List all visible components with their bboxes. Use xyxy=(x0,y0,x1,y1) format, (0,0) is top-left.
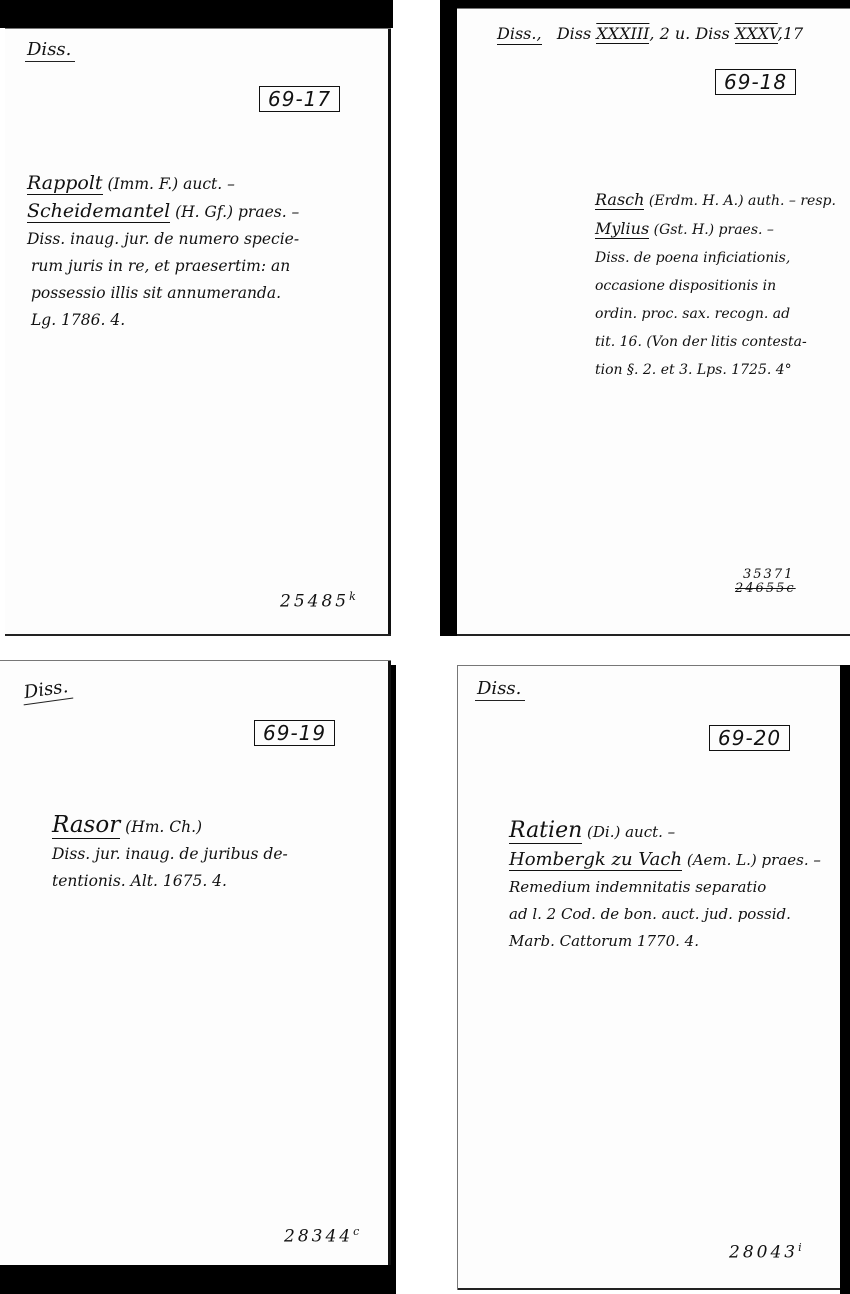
card-edge xyxy=(457,665,458,1290)
accession-number: 25485k xyxy=(280,590,356,612)
praeses-line: Mylius (Gst. H.) praes. – xyxy=(595,215,836,244)
title-line: Diss. inaug. jur. de numero specie- xyxy=(27,226,299,253)
scan-border-bottom-left xyxy=(0,1265,390,1294)
author-details: (Di.) auct. – xyxy=(587,823,675,841)
title-line: occasione dispositionis in xyxy=(595,272,836,300)
accession-digits: 28344 xyxy=(284,1227,353,1247)
title-line: ordin. proc. sax. recogn. ad xyxy=(595,300,836,328)
catalog-card-69-17: Diss. 69-17 Rappolt (Imm. F.) auct. – Sc… xyxy=(5,28,391,636)
catalog-card-69-19: Diss. 69-19 Rasor (Hm. Ch.) Diss. jur. i… xyxy=(0,660,391,1265)
author-details: (Imm. F.) auct. – xyxy=(107,175,234,193)
title-line: Diss. de poena inficiationis, xyxy=(595,244,836,272)
card-edge xyxy=(457,1288,840,1290)
catalog-entry: Rappolt (Imm. F.) auct. – Scheidemantel … xyxy=(27,170,299,334)
title-line: Diss. jur. inaug. de juribus de- xyxy=(52,841,288,868)
author-line: Rasch (Erdm. H. A.) auth. – resp. xyxy=(595,186,836,215)
accession-number: 28043i xyxy=(729,1241,802,1263)
scan-border-right-strip-bottom xyxy=(840,665,850,1294)
card-edge xyxy=(457,665,840,666)
card-edge xyxy=(5,634,391,636)
card-edge xyxy=(5,28,391,29)
accession-digits: 28043 xyxy=(729,1243,798,1263)
praeses-name: Mylius xyxy=(595,219,649,239)
praeses-line: Scheidemantel (H. Gf.) praes. – xyxy=(27,198,299,226)
catalog-entry: Rasch (Erdm. H. A.) auth. – resp. Mylius… xyxy=(595,186,836,384)
call-number-box: 69-17 xyxy=(259,86,340,112)
author-name: Rappolt xyxy=(27,172,103,195)
imprint-line: tentionis. Alt. 1675. 4. xyxy=(52,868,288,895)
praeses-details: (H. Gf.) praes. – xyxy=(175,203,299,221)
catalog-entry: Ratien (Di.) auct. – Hombergk zu Vach (A… xyxy=(509,817,821,955)
praeses-name: Hombergk zu Vach xyxy=(509,849,682,871)
author-name: Rasor xyxy=(52,812,120,839)
scan-border-left-strip-top xyxy=(440,0,457,636)
accession-number: 35371 xyxy=(735,568,796,582)
title-line: possessio illis sit annumeranda. xyxy=(27,280,299,307)
scan-border-top-left xyxy=(0,0,393,28)
ref1-suffix: , 2 u. xyxy=(649,24,690,43)
call-number-box: 69-19 xyxy=(254,720,335,746)
praeses-line: Hombergk zu Vach (Aem. L.) praes. – xyxy=(509,846,821,874)
category-label: Diss. xyxy=(21,677,74,706)
author-line: Ratien (Di.) auct. – xyxy=(509,817,821,846)
author-details: (Hm. Ch.) xyxy=(125,818,202,836)
accession-suffix: i xyxy=(798,1241,802,1254)
card-edge xyxy=(388,28,391,636)
catalog-card-69-18: Diss., Diss XXXIII, 2 u. Diss XXXV,17 69… xyxy=(457,8,850,636)
author-name: Rasch xyxy=(595,190,644,210)
imprint-line: tion §. 2. et 3. Lps. 1725. 4° xyxy=(595,356,836,384)
card-edge xyxy=(388,660,391,1265)
category-label: Diss., xyxy=(497,24,542,45)
ref2-volume: XXXV xyxy=(735,24,778,44)
praeses-details: (Gst. H.) praes. – xyxy=(654,222,774,238)
accession-digits: 25485 xyxy=(280,592,349,612)
ref1-volume: XXXIII xyxy=(596,24,649,44)
author-name: Ratien xyxy=(509,818,582,844)
imprint-line: Marb. Cattorum 1770. 4. xyxy=(509,928,821,955)
accession-suffix: c xyxy=(353,1225,359,1238)
card-edge xyxy=(0,660,391,661)
title-line: rum juris in re, et praesertim: an xyxy=(27,253,299,280)
scan-border-top-right xyxy=(440,0,850,8)
accession-numbers: 35371 24655c xyxy=(735,568,796,596)
title-line: tit. 16. (Von der litis contesta- xyxy=(595,328,836,356)
card-edge xyxy=(457,634,850,636)
category-label: Diss. xyxy=(25,40,75,62)
ref1-prefix: Diss xyxy=(557,24,591,43)
imprint-line: Lg. 1786. 4. xyxy=(27,307,299,334)
category-label: Diss. xyxy=(475,679,525,701)
praeses-details: (Aem. L.) praes. – xyxy=(687,851,821,869)
call-number-box: 69-20 xyxy=(709,725,790,751)
author-details: (Erdm. H. A.) auth. – resp. xyxy=(649,193,836,209)
accession-number: 28344c xyxy=(284,1225,359,1247)
ref2-suffix: ,17 xyxy=(778,24,803,43)
call-number-box: 69-18 xyxy=(715,69,796,95)
accession-suffix: k xyxy=(349,590,356,603)
title-line: ad l. 2 Cod. de bon. auct. jud. possid. xyxy=(509,901,821,928)
title-line: Remedium indemnitatis separatio xyxy=(509,874,821,901)
card-edge xyxy=(457,8,850,9)
accession-number-cancelled: 24655c xyxy=(735,582,796,596)
praeses-name: Scheidemantel xyxy=(27,200,170,223)
catalog-card-69-20: Diss. 69-20 Ratien (Di.) auct. – Homberg… xyxy=(457,665,840,1290)
cross-reference-header: Diss., Diss XXXIII, 2 u. Diss XXXV,17 xyxy=(497,24,803,43)
ref2-prefix: Diss xyxy=(695,24,729,43)
catalog-entry: Rasor (Hm. Ch.) Diss. jur. inaug. de jur… xyxy=(52,812,288,895)
author-line: Rappolt (Imm. F.) auct. – xyxy=(27,170,299,198)
author-line: Rasor (Hm. Ch.) xyxy=(52,812,288,841)
